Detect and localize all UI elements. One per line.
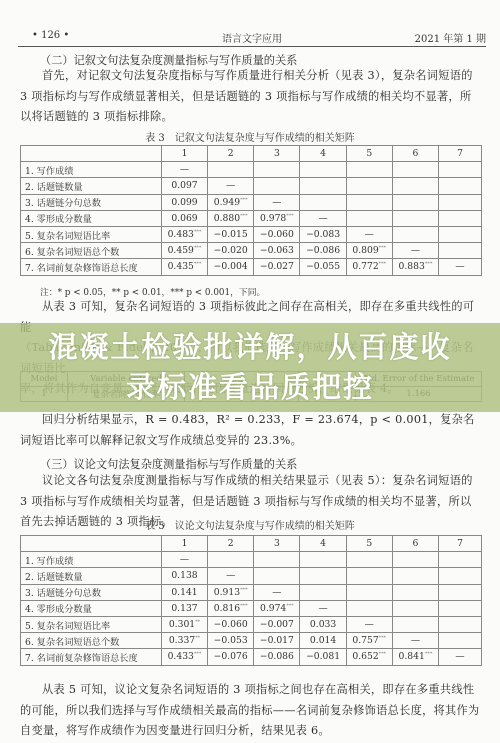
significance-marker: *** bbox=[379, 635, 387, 641]
table-cell: — bbox=[208, 178, 254, 194]
table-cell: 0.337** bbox=[161, 633, 207, 649]
table-cell bbox=[392, 210, 438, 226]
table-cell: 0.141 bbox=[161, 584, 207, 600]
section-heading-3: （三）议论文句法复杂度测量指标与写作质量的关系 bbox=[40, 456, 297, 472]
significance-marker: *** bbox=[240, 213, 248, 219]
row-label: 5. 复杂名词短语比率 bbox=[21, 226, 162, 242]
table-row: 5. 复杂名词短语比率0.301**−0.060−0.0070.033— bbox=[21, 616, 482, 632]
table-cell: −0.083 bbox=[300, 226, 346, 242]
table-cell: — bbox=[161, 552, 207, 568]
table-cell: −0.027 bbox=[254, 259, 300, 275]
table3-correlation-matrix: 12345671. 写作成绩—2. 话题链数量0.097—3. 话题链分句总数0… bbox=[20, 145, 482, 276]
paragraph-section2: 首先，对记叙文句法复杂度指标与写作质量进行相关分析（见表 3），复杂名词短语的 … bbox=[20, 66, 482, 128]
paragraph-after-table5: 从表 5 可知，议论文复杂名词短语的 3 项指标之间也存在高相关，即存在多重共线… bbox=[20, 680, 482, 742]
table-header-row: 1234567 bbox=[21, 146, 482, 162]
table-cell: 0.757*** bbox=[346, 633, 392, 649]
row-label: 4. 零形成分数量 bbox=[21, 210, 162, 226]
significance-marker: *** bbox=[240, 587, 248, 593]
row-label: 1. 写作成绩 bbox=[21, 552, 162, 568]
paragraph-regression: 回归分析结果显示，R = 0.483，R² = 0.233，F = 23.674… bbox=[20, 410, 482, 451]
table3-caption: 表 3 记叙文句法复杂度与写作成绩的相关矩阵 bbox=[0, 129, 500, 144]
significance-marker: *** bbox=[379, 261, 387, 267]
table-row: 4. 零形成分数量0.1370.816***0.974***— bbox=[21, 600, 482, 616]
table-cell: −0.004 bbox=[208, 259, 254, 275]
table5-caption: 表 5 议论文句法复杂度与写作成绩的相关矩阵 bbox=[0, 517, 500, 532]
table-cell: −0.055 bbox=[300, 259, 346, 275]
table-cell bbox=[392, 584, 438, 600]
table-cell: 0.014 bbox=[300, 633, 346, 649]
table-cell bbox=[439, 616, 482, 632]
table-cell: — bbox=[439, 649, 482, 665]
table-cell bbox=[300, 194, 346, 210]
significance-marker: ** bbox=[195, 619, 200, 625]
table-cell bbox=[254, 162, 300, 178]
table-cell: — bbox=[346, 616, 392, 632]
table-cell bbox=[439, 243, 482, 259]
table-cell bbox=[300, 178, 346, 194]
table-cell: −0.076 bbox=[208, 649, 254, 665]
column-header: 7 bbox=[439, 536, 482, 552]
row-label: 1. 写作成绩 bbox=[21, 162, 162, 178]
table-cell: −0.017 bbox=[254, 633, 300, 649]
table-cell: 0.841*** bbox=[392, 649, 438, 665]
table-cell: — bbox=[161, 162, 207, 178]
table-cell bbox=[392, 226, 438, 242]
table-cell: — bbox=[392, 633, 438, 649]
table-cell: 0.883*** bbox=[392, 259, 438, 275]
overlay-banner-title: 混凝土检验批详解，从百度收 录标准看品质把控 bbox=[0, 327, 500, 407]
table-cell: — bbox=[300, 600, 346, 616]
table-row: 2. 话题链数量0.138— bbox=[21, 568, 482, 584]
table-cell bbox=[439, 600, 482, 616]
table-cell bbox=[300, 584, 346, 600]
table-row: 3. 话题链分句总数0.0990.949***— bbox=[21, 194, 482, 210]
column-header: 3 bbox=[254, 536, 300, 552]
row-label: 7. 名词前复杂修饰语总长度 bbox=[21, 649, 162, 665]
table-cell: 0.433*** bbox=[161, 649, 207, 665]
table-row: 1. 写作成绩— bbox=[21, 552, 482, 568]
significance-marker: *** bbox=[194, 651, 202, 657]
table-cell: 0.137 bbox=[161, 600, 207, 616]
table-cell bbox=[300, 568, 346, 584]
paragraph-text: 首先，对记叙文句法复杂度指标与写作质量进行相关分析（见表 3），复杂名词短语的 … bbox=[20, 69, 473, 123]
table-cell bbox=[300, 162, 346, 178]
table-cell bbox=[439, 568, 482, 584]
column-header: 1 bbox=[161, 536, 207, 552]
table-row: 7. 名词前复杂修饰语总长度0.435***−0.004−0.027−0.055… bbox=[21, 259, 482, 275]
table-cell bbox=[392, 568, 438, 584]
table-row: 2. 话题链数量0.097— bbox=[21, 178, 482, 194]
table-cell: 0.816*** bbox=[208, 600, 254, 616]
table-cell bbox=[346, 178, 392, 194]
row-label: 6. 复杂名词短语总个数 bbox=[21, 243, 162, 259]
table-cell bbox=[346, 194, 392, 210]
table-cell: 0.880*** bbox=[208, 210, 254, 226]
issue-label: 2021 年第 1 期 bbox=[415, 30, 486, 45]
table-cell bbox=[208, 162, 254, 178]
table-cell: 0.652*** bbox=[346, 649, 392, 665]
table-cell bbox=[346, 600, 392, 616]
row-label: 3. 话题链分句总数 bbox=[21, 584, 162, 600]
table-cell: 0.772*** bbox=[346, 259, 392, 275]
table-cell bbox=[392, 616, 438, 632]
significance-marker: *** bbox=[194, 261, 202, 267]
table-cell: 0.435*** bbox=[161, 259, 207, 275]
table-cell: — bbox=[208, 568, 254, 584]
table-cell: 0.301** bbox=[161, 616, 207, 632]
table-cell bbox=[208, 552, 254, 568]
significance-marker: *** bbox=[240, 197, 248, 203]
table-cell bbox=[439, 210, 482, 226]
table-cell: 0.483*** bbox=[161, 226, 207, 242]
table-cell bbox=[346, 552, 392, 568]
table-cell: 0.949*** bbox=[208, 194, 254, 210]
table-cell: 0.069 bbox=[161, 210, 207, 226]
paragraph-text: 从表 5 可知，议论文复杂名词短语的 3 项指标之间也存在高相关，即存在多重共线… bbox=[20, 683, 480, 737]
table-cell bbox=[392, 178, 438, 194]
significance-marker: *** bbox=[425, 651, 433, 657]
row-label: 2. 话题链数量 bbox=[21, 178, 162, 194]
column-header: 6 bbox=[392, 536, 438, 552]
table-cell: 0.459*** bbox=[161, 243, 207, 259]
significance-marker: *** bbox=[194, 229, 202, 235]
column-header: 5 bbox=[346, 536, 392, 552]
table-header-row: 1234567 bbox=[21, 536, 482, 552]
table-cell: −0.081 bbox=[300, 649, 346, 665]
row-label: 5. 复杂名词短语比率 bbox=[21, 616, 162, 632]
significance-marker: *** bbox=[240, 603, 248, 609]
table-cell: −0.053 bbox=[208, 633, 254, 649]
significance-marker: *** bbox=[379, 651, 387, 657]
column-header: 2 bbox=[208, 536, 254, 552]
table-cell bbox=[346, 568, 392, 584]
significance-marker: *** bbox=[425, 261, 433, 267]
column-header: 3 bbox=[254, 146, 300, 162]
column-header: 1 bbox=[161, 146, 207, 162]
table-cell bbox=[392, 552, 438, 568]
table-cell: 0.138 bbox=[161, 568, 207, 584]
table-cell: 0.913*** bbox=[208, 584, 254, 600]
table-cell: — bbox=[254, 194, 300, 210]
column-header: 6 bbox=[392, 146, 438, 162]
table-cell: — bbox=[346, 226, 392, 242]
table-cell: 0.033 bbox=[300, 616, 346, 632]
table-cell bbox=[300, 552, 346, 568]
document-page: • 126 • 语言文字应用 2021 年第 1 期 （二）记叙文句法复杂度测量… bbox=[0, 0, 500, 743]
table-cell: 0.809*** bbox=[346, 243, 392, 259]
table-row: 7. 名词前复杂修饰语总长度0.433***−0.076−0.086−0.081… bbox=[21, 649, 482, 665]
table-cell: 0.097 bbox=[161, 178, 207, 194]
significance-marker: *** bbox=[286, 213, 294, 219]
table-cell: 0.978*** bbox=[254, 210, 300, 226]
column-header: 5 bbox=[346, 146, 392, 162]
table-cell bbox=[439, 633, 482, 649]
table-cell bbox=[392, 600, 438, 616]
table-cell bbox=[439, 162, 482, 178]
running-header: • 126 • 语言文字应用 2021 年第 1 期 bbox=[18, 28, 486, 47]
table-cell bbox=[439, 584, 482, 600]
column-header: 7 bbox=[439, 146, 482, 162]
table-row: 3. 话题链分句总数0.1410.913***— bbox=[21, 584, 482, 600]
table-cell: −0.060 bbox=[254, 226, 300, 242]
paragraph-text: 回归分析结果显示，R = 0.483，R² = 0.233，F = 23.674… bbox=[20, 413, 475, 447]
table-cell bbox=[439, 194, 482, 210]
row-label: 3. 话题链分句总数 bbox=[21, 194, 162, 210]
table-cell: −0.086 bbox=[300, 243, 346, 259]
table-cell: −0.060 bbox=[208, 616, 254, 632]
table-cell: 0.099 bbox=[161, 194, 207, 210]
table-cell: −0.063 bbox=[254, 243, 300, 259]
row-label: 4. 零形成分数量 bbox=[21, 600, 162, 616]
banner-title-line1: 混凝土检验批详解，从百度收 bbox=[0, 327, 500, 367]
table-cell: — bbox=[300, 210, 346, 226]
row-label: 6. 复杂名词短语总个数 bbox=[21, 633, 162, 649]
table-cell bbox=[254, 178, 300, 194]
table-cell bbox=[254, 552, 300, 568]
table-cell bbox=[346, 584, 392, 600]
column-header: 4 bbox=[300, 146, 346, 162]
table-cell: — bbox=[392, 243, 438, 259]
significance-marker: *** bbox=[286, 603, 294, 609]
significance-marker: *** bbox=[379, 245, 387, 251]
table-cell: −0.086 bbox=[254, 649, 300, 665]
banner-title-line2: 录标准看品质把控 bbox=[0, 367, 500, 407]
table-cell bbox=[439, 178, 482, 194]
table-cell: −0.020 bbox=[208, 243, 254, 259]
table-cell: −0.007 bbox=[254, 616, 300, 632]
table-cell bbox=[254, 568, 300, 584]
table-cell bbox=[392, 162, 438, 178]
table-row: 4. 零形成分数量0.0690.880***0.978***— bbox=[21, 210, 482, 226]
column-header: 2 bbox=[208, 146, 254, 162]
table-cell: — bbox=[439, 259, 482, 275]
table-cell: −0.015 bbox=[208, 226, 254, 242]
table-row: 1. 写作成绩— bbox=[21, 162, 482, 178]
column-header: 4 bbox=[300, 536, 346, 552]
row-label: 2. 话题链数量 bbox=[21, 568, 162, 584]
row-label: 7. 名词前复杂修饰语总长度 bbox=[21, 259, 162, 275]
table-row: 5. 复杂名词短语比率0.483***−0.015−0.060−0.083— bbox=[21, 226, 482, 242]
table-cell: — bbox=[254, 584, 300, 600]
table-cell bbox=[439, 226, 482, 242]
significance-marker: ** bbox=[195, 635, 200, 641]
significance-marker: *** bbox=[194, 245, 202, 251]
table5-correlation-matrix: 12345671. 写作成绩—2. 话题链数量0.138—3. 话题链分句总数0… bbox=[20, 535, 482, 666]
table-row: 6. 复杂名词短语总个数0.459***−0.020−0.063−0.0860.… bbox=[21, 243, 482, 259]
table-cell: 0.974*** bbox=[254, 600, 300, 616]
column-header bbox=[21, 536, 162, 552]
table-row: 6. 复杂名词短语总个数0.337**−0.053−0.0170.0140.75… bbox=[21, 633, 482, 649]
table-cell bbox=[346, 162, 392, 178]
table-cell bbox=[392, 194, 438, 210]
table-cell bbox=[346, 210, 392, 226]
column-header bbox=[21, 146, 162, 162]
table-cell bbox=[439, 552, 482, 568]
